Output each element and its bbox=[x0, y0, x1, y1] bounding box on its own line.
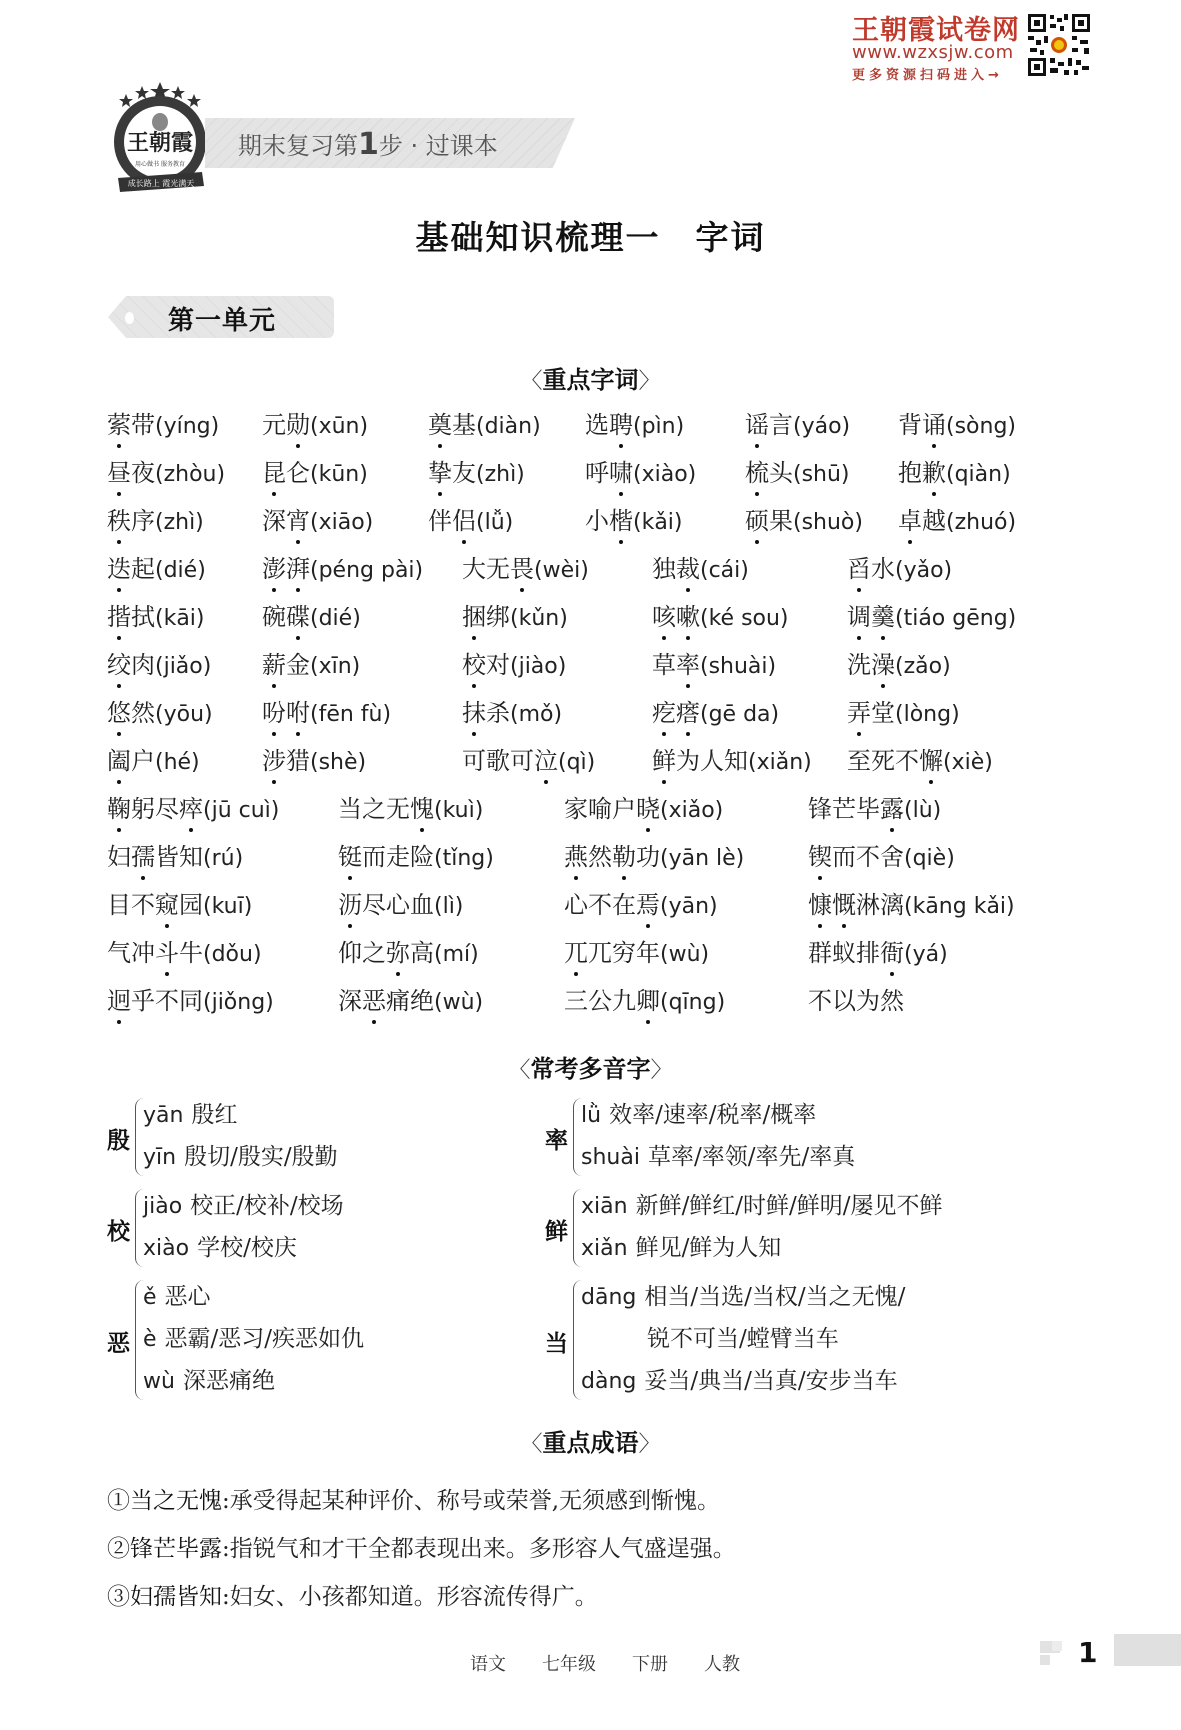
pinyin: (jiǎo) bbox=[155, 654, 211, 679]
character: 心 bbox=[386, 890, 410, 920]
character: 不 bbox=[588, 890, 612, 920]
pinyin: (xiào) bbox=[633, 462, 696, 487]
character: 当 bbox=[338, 794, 362, 824]
character: 独 bbox=[652, 554, 676, 584]
pinyin: (xūn) bbox=[310, 414, 368, 439]
character: 绑 bbox=[486, 602, 510, 632]
character: 至 bbox=[847, 746, 871, 776]
reading-pinyin: wù bbox=[143, 1369, 175, 1394]
key-word-entry: 卓越(zhuó) bbox=[898, 506, 1016, 538]
character: 知 bbox=[179, 842, 203, 872]
key-word-entry: 不以为然 bbox=[808, 986, 904, 1016]
character: 仑 bbox=[286, 458, 310, 488]
key-word-entry: 燕然勒功(yān lè) bbox=[564, 842, 744, 874]
emphasized-character: 卓 bbox=[898, 506, 922, 536]
pinyin: (qīng) bbox=[660, 990, 725, 1015]
key-word-entry: 秩序(zhì) bbox=[107, 506, 204, 538]
character: 友 bbox=[452, 458, 476, 488]
emphasized-character: 舀 bbox=[847, 554, 871, 584]
key-word-entry: 校对(jiào) bbox=[462, 650, 566, 682]
idiom-entry: ②锋芒毕露:指锐气和才干全都表现出来。多形容人气盛逞强。 bbox=[107, 1530, 736, 1563]
emphasized-character: 奠 bbox=[428, 410, 452, 440]
emphasized-character: 绞 bbox=[107, 650, 131, 680]
emphasized-character: 吩 bbox=[262, 698, 286, 728]
pinyin: (yíng) bbox=[155, 414, 219, 439]
pinyin: (kǎi) bbox=[633, 510, 683, 535]
polyphonic-reading: xiān新鲜/鲜红/时鲜/鲜明/屡见不鲜 bbox=[581, 1187, 943, 1220]
key-word-entry: 兀兀穷年(wù) bbox=[564, 938, 709, 970]
right-angle-bracket-icon: 〉 bbox=[651, 1058, 673, 1083]
character: 而 bbox=[362, 842, 386, 872]
character: 毕 bbox=[856, 794, 880, 824]
emphasized-character: 卿 bbox=[636, 986, 660, 1016]
reading-words: 锐不可当/螳臂当车 bbox=[647, 1326, 839, 1352]
character: 为 bbox=[676, 746, 700, 776]
reading-pinyin: shuài bbox=[581, 1145, 640, 1170]
polyphonic-character: 恶 bbox=[107, 1325, 130, 1358]
emphasized-character: 鲜 bbox=[652, 746, 676, 776]
reading-words: 妥当/典当/当真/安步当车 bbox=[644, 1368, 897, 1394]
page-number-band bbox=[1114, 1634, 1181, 1666]
key-word-entry: 伴侣(lǚ) bbox=[428, 506, 513, 538]
section-heading-idioms: 〈重点成语〉 bbox=[0, 1423, 1181, 1458]
left-angle-bracket-icon: 〈 bbox=[508, 1058, 530, 1083]
pinyin: (xīn) bbox=[310, 654, 360, 679]
emphasized-character: 嗽 bbox=[676, 602, 700, 632]
key-word-entry: 选聘(pìn) bbox=[585, 410, 684, 442]
pinyin: (dié) bbox=[155, 558, 206, 583]
footer-info: 语文 七年级 下册 人教 bbox=[470, 1650, 740, 1676]
character: 同 bbox=[179, 986, 203, 1016]
key-word-entry: 大无畏(wèi) bbox=[462, 554, 589, 586]
emphasized-character: 恶 bbox=[362, 986, 386, 1016]
polyphonic-reading: yīn殷切/殷实/殷勤 bbox=[143, 1138, 338, 1171]
key-word-entry: 气冲斗牛(dǒu) bbox=[107, 938, 262, 970]
emphasized-character: 羹 bbox=[871, 602, 895, 632]
character: 痛 bbox=[386, 986, 410, 1016]
polyphonic-reading: lǜ效率/速率/税率/概率 bbox=[581, 1096, 816, 1129]
character: 人 bbox=[700, 746, 724, 776]
emphasized-character: 愧 bbox=[410, 794, 434, 824]
pinyin: (lòng) bbox=[895, 702, 960, 727]
character: 基 bbox=[452, 410, 476, 440]
character: 呼 bbox=[585, 458, 609, 488]
key-word-entry: 绞肉(jiǎo) bbox=[107, 650, 211, 682]
emphasized-character: 弥 bbox=[386, 938, 410, 968]
header-step-number: 1 bbox=[358, 127, 379, 162]
emphasized-character: 疙 bbox=[652, 698, 676, 728]
idiom-term: 当之无愧 bbox=[130, 1488, 222, 1514]
pinyin: (jiào) bbox=[510, 654, 566, 679]
brand-cta: 更多资源扫码进入→ bbox=[852, 64, 1003, 83]
reading-words: 新鲜/鲜红/时鲜/鲜明/屡见不鲜 bbox=[636, 1193, 943, 1219]
pinyin: (zǎo) bbox=[895, 654, 951, 679]
character: 猎 bbox=[286, 746, 310, 776]
svg-text:王朝霞: 王朝霞 bbox=[127, 130, 193, 156]
page-decoration bbox=[1040, 1655, 1050, 1665]
emphasized-character: 薪 bbox=[262, 650, 286, 680]
character: 背 bbox=[898, 410, 922, 440]
svg-text:成长路上 霞光满天: 成长路上 霞光满天 bbox=[128, 178, 195, 188]
pinyin: (kuī) bbox=[203, 894, 252, 919]
key-word-entry: 萦带(yíng) bbox=[107, 410, 219, 442]
emphasized-character: 衙 bbox=[880, 938, 904, 968]
emphasized-character: 勒 bbox=[612, 842, 636, 872]
character: 可 bbox=[462, 746, 486, 776]
emphasized-character: 秩 bbox=[107, 506, 131, 536]
reading-pinyin: jiào bbox=[143, 1194, 182, 1219]
key-word-entry: 谣言(yáo) bbox=[745, 410, 850, 442]
character: 越 bbox=[922, 506, 946, 536]
character: 走 bbox=[386, 842, 410, 872]
key-word-entry: 涉猎(shè) bbox=[262, 746, 366, 778]
reading-pinyin: yīn bbox=[143, 1145, 176, 1170]
character: 舍 bbox=[880, 842, 904, 872]
pinyin: (zhì) bbox=[155, 510, 204, 535]
polyphonic-reading: yān殷红 bbox=[143, 1096, 237, 1129]
emphasized-character: 率 bbox=[676, 650, 700, 680]
character: 心 bbox=[564, 890, 588, 920]
character: 为 bbox=[856, 986, 880, 1016]
character: 堂 bbox=[871, 698, 895, 728]
character: 冲 bbox=[131, 938, 155, 968]
pinyin: (lù) bbox=[904, 798, 941, 823]
pinyin: (xiè) bbox=[943, 750, 993, 775]
key-word-entry: 昆仑(kūn) bbox=[262, 458, 368, 490]
emphasized-character: 阖 bbox=[107, 746, 131, 776]
character: 深 bbox=[338, 986, 362, 1016]
key-word-entry: 慷慨淋漓(kāng kǎi) bbox=[808, 890, 1015, 922]
key-word-entry: 妇孺皆知(rú) bbox=[107, 842, 243, 874]
emphasized-character: 湃 bbox=[286, 554, 310, 584]
footer-subject: 语文 bbox=[470, 1654, 506, 1675]
polyphonic-reading: wù深恶痛绝 bbox=[143, 1362, 275, 1395]
emphasized-character: 揩 bbox=[107, 602, 131, 632]
brand-url[interactable]: www.wzxsjw.com bbox=[852, 42, 1014, 63]
pinyin: (dǒu) bbox=[203, 942, 262, 967]
pinyin: (rú) bbox=[203, 846, 243, 871]
emphasized-character: 弄 bbox=[847, 698, 871, 728]
colon-separator: : bbox=[222, 1488, 230, 1514]
polyphonic-character: 校 bbox=[107, 1213, 130, 1246]
idiom-definition: 承受得起某种评价、称号或荣誉,无须感到惭愧。 bbox=[230, 1488, 720, 1514]
character: 深 bbox=[262, 506, 286, 536]
key-word-entry: 挚友(zhì) bbox=[428, 458, 525, 490]
character: 小 bbox=[585, 506, 609, 536]
reading-words: 校正/校补/校场 bbox=[190, 1193, 344, 1219]
key-word-entry: 心不在焉(yān) bbox=[564, 890, 718, 922]
idiom-definition: 指锐气和才干全都表现出来。多形容人气盛逞强。 bbox=[230, 1536, 736, 1562]
idiom-entry: ①当之无愧:承受得起某种评价、称号或荣誉,无须感到惭愧。 bbox=[107, 1482, 720, 1515]
character: 不 bbox=[131, 890, 155, 920]
key-word-entry: 抹杀(mǒ) bbox=[462, 698, 562, 730]
emphasized-character: 畏 bbox=[510, 554, 534, 584]
pinyin: (ké sou) bbox=[700, 606, 789, 631]
pinyin: (kuì) bbox=[434, 798, 483, 823]
emphasized-character: 校 bbox=[462, 650, 486, 680]
pinyin: (lǚ) bbox=[476, 510, 513, 535]
character: 对 bbox=[486, 650, 510, 680]
emphasized-character: 沥 bbox=[338, 890, 362, 920]
emphasized-character: 抹 bbox=[462, 698, 486, 728]
polyphonic-reading: 锐不可当/螳臂当车 bbox=[647, 1320, 839, 1353]
footer-grade: 七年级 bbox=[542, 1654, 596, 1675]
key-word-entry: 昼夜(zhòu) bbox=[107, 458, 225, 490]
emphasized-character: 瘁 bbox=[179, 794, 203, 824]
pinyin: (qì) bbox=[558, 750, 595, 775]
right-angle-bracket-icon: 〉 bbox=[639, 369, 661, 394]
character: 言 bbox=[769, 410, 793, 440]
character: 户 bbox=[612, 794, 636, 824]
character: 起 bbox=[131, 554, 155, 584]
character: 死 bbox=[871, 746, 895, 776]
character: 户 bbox=[131, 746, 155, 776]
reading-pinyin: yān bbox=[143, 1103, 183, 1128]
polyphonic-reading: jiào校正/校补/校场 bbox=[143, 1187, 344, 1220]
polyphonic-character: 殷 bbox=[107, 1122, 130, 1155]
header-prefix: 期末复习第 bbox=[238, 132, 358, 160]
key-word-entry: 背诵(sòng) bbox=[898, 410, 1016, 442]
pinyin: (yōu) bbox=[155, 702, 213, 727]
pinyin: (jū cuì) bbox=[203, 798, 279, 823]
key-word-entry: 元勋(xūn) bbox=[262, 410, 368, 442]
unit-label: 第一单元 bbox=[168, 300, 276, 337]
pinyin: (tǐng) bbox=[434, 846, 494, 871]
character: 肉 bbox=[131, 650, 155, 680]
character: 不 bbox=[155, 986, 179, 1016]
emphasized-character: 诵 bbox=[922, 410, 946, 440]
character: 仰 bbox=[338, 938, 362, 968]
character: 果 bbox=[769, 506, 793, 536]
character: 洗 bbox=[847, 650, 871, 680]
idiom-number: ② bbox=[107, 1536, 130, 1562]
character: 草 bbox=[652, 650, 676, 680]
pinyin: (kǔn) bbox=[510, 606, 568, 631]
pinyin: (wù) bbox=[434, 990, 483, 1015]
emphasized-character: 兀 bbox=[564, 938, 588, 968]
character: 险 bbox=[410, 842, 434, 872]
key-word-entry: 揩拭(kāi) bbox=[107, 602, 205, 634]
character: 尽 bbox=[155, 794, 179, 824]
pinyin: (shuài) bbox=[700, 654, 776, 679]
character: 知 bbox=[724, 746, 748, 776]
emphasized-character: 楷 bbox=[609, 506, 633, 536]
key-word-entry: 迭起(dié) bbox=[107, 554, 206, 586]
polyphonic-character: 当 bbox=[545, 1325, 568, 1358]
emphasized-character: 露 bbox=[880, 794, 904, 824]
character: 之 bbox=[362, 794, 386, 824]
pinyin: (kūn) bbox=[310, 462, 368, 487]
key-word-entry: 可歌可泣(qì) bbox=[462, 746, 595, 778]
character: 园 bbox=[179, 890, 203, 920]
emphasized-character: 昆 bbox=[262, 458, 286, 488]
idiom-term: 锋芒毕露 bbox=[130, 1536, 222, 1562]
key-word-entry: 疙瘩(gē da) bbox=[652, 698, 779, 730]
pinyin: (qiè) bbox=[904, 846, 955, 871]
header-suffix: 步 · 过课本 bbox=[379, 132, 498, 160]
key-word-entry: 当之无愧(kuì) bbox=[338, 794, 483, 826]
character: 拭 bbox=[131, 602, 155, 632]
character: 无 bbox=[386, 794, 410, 824]
character: 序 bbox=[131, 506, 155, 536]
key-word-entry: 硕果(shuò) bbox=[745, 506, 863, 538]
reading-pinyin: xiào bbox=[143, 1236, 189, 1261]
pinyin: (yáo) bbox=[793, 414, 850, 439]
character: 淋 bbox=[856, 890, 880, 920]
key-word-entry: 家喻户晓(xiǎo) bbox=[564, 794, 723, 826]
emphasized-character: 昼 bbox=[107, 458, 131, 488]
pinyin: (cái) bbox=[700, 558, 749, 583]
pinyin: (wù) bbox=[660, 942, 709, 967]
emphasized-character: 硕 bbox=[745, 506, 769, 536]
emphasized-character: 铤 bbox=[338, 842, 362, 872]
key-word-entry: 目不窥园(kuī) bbox=[107, 890, 252, 922]
reading-pinyin: è bbox=[143, 1327, 157, 1352]
character: 而 bbox=[832, 842, 856, 872]
idiom-definition: 妇女、小孩都知道。形容流传得广。 bbox=[230, 1584, 598, 1610]
character: 杀 bbox=[486, 698, 510, 728]
reading-words: 效率/速率/税率/概率 bbox=[609, 1102, 816, 1128]
pinyin: (kāng kǎi) bbox=[904, 894, 1015, 919]
emphasized-character: 迥 bbox=[107, 986, 131, 1016]
polyphonic-character: 鲜 bbox=[545, 1213, 568, 1246]
pinyin: (tiáo gēng) bbox=[895, 606, 1016, 631]
key-word-entry: 阖户(hé) bbox=[107, 746, 200, 778]
key-word-entry: 独裁(cái) bbox=[652, 554, 749, 586]
key-word-entry: 三公九卿(qīng) bbox=[564, 986, 725, 1018]
pinyin: (fēn fù) bbox=[310, 702, 391, 727]
character: 金 bbox=[286, 650, 310, 680]
emphasized-character: 焉 bbox=[636, 890, 660, 920]
key-word-entry: 舀水(yǎo) bbox=[847, 554, 952, 586]
character: 之 bbox=[362, 938, 386, 968]
character: 群 bbox=[808, 938, 832, 968]
reading-words: 草率/率领/率先/率真 bbox=[648, 1144, 855, 1170]
character: 漓 bbox=[880, 890, 904, 920]
polyphonic-reading: dàng妥当/典当/当真/安步当车 bbox=[581, 1362, 898, 1395]
character: 喻 bbox=[588, 794, 612, 824]
character: 气 bbox=[107, 938, 131, 968]
pinyin: (dié) bbox=[310, 606, 361, 631]
character: 公 bbox=[588, 986, 612, 1016]
character: 排 bbox=[856, 938, 880, 968]
pinyin: (yǎo) bbox=[895, 558, 952, 583]
character: 带 bbox=[131, 410, 155, 440]
pinyin: (mǒ) bbox=[510, 702, 562, 727]
qr-code-icon[interactable] bbox=[1026, 12, 1092, 78]
emphasized-character: 斗 bbox=[155, 938, 179, 968]
key-word-entry: 仰之弥高(mí) bbox=[338, 938, 479, 970]
character: 不 bbox=[895, 746, 919, 776]
pinyin: (péng pài) bbox=[310, 558, 423, 583]
header-band-text: 期末复习第1步 · 过课本 bbox=[238, 126, 498, 162]
emphasized-character: 泣 bbox=[534, 746, 558, 776]
character: 不 bbox=[808, 986, 832, 1016]
emphasized-character: 碟 bbox=[286, 602, 310, 632]
pinyin: (lì) bbox=[434, 894, 463, 919]
idiom-number: ① bbox=[107, 1488, 130, 1514]
emphasized-character: 懈 bbox=[919, 746, 943, 776]
reading-words: 相当/当选/当权/当之无愧/ bbox=[644, 1284, 905, 1310]
key-word-entry: 梳头(shū) bbox=[745, 458, 850, 490]
reading-pinyin: xiān bbox=[581, 1194, 628, 1219]
page-decoration bbox=[1052, 1641, 1062, 1651]
reading-words: 殷红 bbox=[191, 1102, 237, 1128]
emphasized-character: 慷 bbox=[808, 890, 832, 920]
pinyin: (hé) bbox=[155, 750, 200, 775]
emphasized-character: 谣 bbox=[745, 410, 769, 440]
character: 伴 bbox=[428, 506, 452, 536]
key-word-entry: 洗澡(zǎo) bbox=[847, 650, 951, 682]
reading-words: 殷切/殷实/殷勤 bbox=[184, 1144, 338, 1170]
brand-logo: 王朝霞 用心做书 服务教育 成长路上 霞光满天 bbox=[108, 80, 213, 200]
key-word-entry: 澎湃(péng pài) bbox=[262, 554, 423, 586]
pinyin: (xiǎn) bbox=[748, 750, 812, 775]
character: 夜 bbox=[131, 458, 155, 488]
footer-volume: 下册 bbox=[632, 1654, 668, 1675]
emphasized-character: 慨 bbox=[832, 890, 856, 920]
reading-pinyin: dàng bbox=[581, 1369, 636, 1394]
key-word-entry: 呼啸(xiào) bbox=[585, 458, 696, 490]
character: 目 bbox=[107, 890, 131, 920]
reading-pinyin: ě bbox=[143, 1285, 157, 1310]
emphasized-character: 梳 bbox=[745, 458, 769, 488]
character: 蚁 bbox=[832, 938, 856, 968]
emphasized-character: 调 bbox=[847, 602, 871, 632]
emphasized-character: 锲 bbox=[808, 842, 832, 872]
key-word-entry: 锋芒毕露(lù) bbox=[808, 794, 941, 826]
pinyin: (jiǒng) bbox=[203, 990, 274, 1015]
emphasized-character: 涉 bbox=[262, 746, 286, 776]
key-word-entry: 铤而走险(tǐng) bbox=[338, 842, 494, 874]
emphasized-character: 歉 bbox=[922, 458, 946, 488]
character: 元 bbox=[262, 410, 286, 440]
character: 水 bbox=[871, 554, 895, 584]
character: 绝 bbox=[410, 986, 434, 1016]
key-word-entry: 碗碟(dié) bbox=[262, 602, 361, 634]
pinyin: (xiāo) bbox=[310, 510, 373, 535]
key-word-entry: 迥乎不同(jiǒng) bbox=[107, 986, 274, 1018]
key-word-entry: 咳嗽(ké sou) bbox=[652, 602, 789, 634]
polyphonic-reading: xiào学校/校庆 bbox=[143, 1229, 297, 1262]
key-word-entry: 沥尽心血(lì) bbox=[338, 890, 463, 922]
key-word-entry: 至死不懈(xiè) bbox=[847, 746, 993, 778]
key-word-entry: 深宵(xiāo) bbox=[262, 506, 373, 538]
character: 可 bbox=[510, 746, 534, 776]
emphasized-character: 燕 bbox=[564, 842, 588, 872]
polyphonic-reading: shuài草率/率领/率先/率真 bbox=[581, 1138, 855, 1171]
section-heading-polyphonic: 〈常考多音字〉 bbox=[0, 1049, 1181, 1084]
character: 兀 bbox=[588, 938, 612, 968]
emphasized-character: 澡 bbox=[871, 650, 895, 680]
pinyin: (qiàn) bbox=[946, 462, 1011, 487]
character: 尽 bbox=[362, 890, 386, 920]
character: 碗 bbox=[262, 602, 286, 632]
reading-words: 深恶痛绝 bbox=[183, 1368, 275, 1394]
character: 抱 bbox=[898, 458, 922, 488]
emphasized-character: 咳 bbox=[652, 602, 676, 632]
pinyin: (pìn) bbox=[633, 414, 684, 439]
pinyin: (xiǎo) bbox=[660, 798, 723, 823]
character: 芒 bbox=[832, 794, 856, 824]
emphasized-character: 啸 bbox=[609, 458, 633, 488]
key-word-entry: 草率(shuài) bbox=[652, 650, 776, 682]
key-word-entry: 捆绑(kǔn) bbox=[462, 602, 568, 634]
pinyin: (diàn) bbox=[476, 414, 541, 439]
key-word-entry: 抱歉(qiàn) bbox=[898, 458, 1011, 490]
emphasized-character: 孺 bbox=[131, 842, 155, 872]
character: 妇 bbox=[107, 842, 131, 872]
